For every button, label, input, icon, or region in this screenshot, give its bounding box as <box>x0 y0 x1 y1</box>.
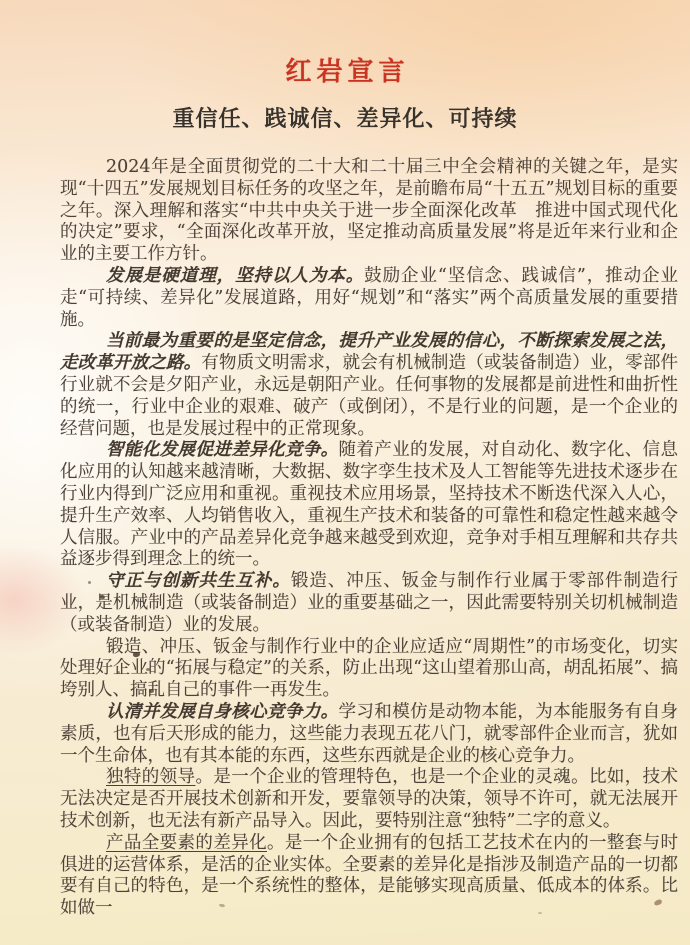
scan-speck <box>670 640 673 646</box>
paragraph-lead: 认清并发展自身核心竞争力。 <box>106 702 339 722</box>
paragraph-lead: 智能化发展促进差异化竞争。 <box>106 440 339 460</box>
paragraph-text: 2024年是全面贯彻党的二十大和二十届三中全会精神的关键之年，是实现“十四五”发… <box>60 157 678 264</box>
paragraph: 产品全要素的差异化。是一个企业拥有的包括工艺技术在内的一整套与时俱进的运营体系，… <box>60 833 678 920</box>
paragraph: 独特的领导。是一个企业的管理特色，也是一个企业的灵魂。比如，技术无法决定是否开展… <box>60 767 678 832</box>
scan-speck <box>135 706 138 708</box>
paragraph-lead: 发展是硬道理，坚持以人为本。 <box>106 266 364 286</box>
paragraph-lead: 产品全要素的差异化 <box>106 833 267 853</box>
scan-speck <box>117 671 120 674</box>
document-subtitle: 重信任、践诚信、差异化、可持续 <box>0 104 690 136</box>
scan-speck <box>146 668 150 671</box>
paragraph: 当前最为重要的是坚定信念，提升产业发展的信心，不断探索发展之法，走改革开放之路。… <box>60 331 678 440</box>
paragraph-lead: 守正与创新共生互补。 <box>106 571 291 591</box>
paragraph-lead: 独特的领导 <box>106 767 195 787</box>
scan-speck <box>538 912 542 914</box>
document-page: 红岩宣言 重信任、践诚信、差异化、可持续 2024年是全面贯彻党的二十大和二十届… <box>0 0 690 945</box>
paragraph: 2024年是全面贯彻党的二十大和二十届三中全会精神的关键之年，是实现“十四五”发… <box>60 157 678 266</box>
scan-speck <box>88 581 91 584</box>
paragraph: 智能化发展促进差异化竞争。随着产业的发展，对自动化、数字化、信息化应用的认知越来… <box>60 440 678 571</box>
document-title: 红岩宣言 <box>0 54 690 90</box>
document-body: 2024年是全面贯彻党的二十大和二十届三中全会精神的关键之年，是实现“十四五”发… <box>0 157 690 920</box>
paragraph: 发展是硬道理，坚持以人为本。鼓励企业“坚信念、践诚信”，推动企业走“可持续、差异… <box>60 266 678 331</box>
paragraph: 认清并发展自身核心竞争力。学习和模仿是动物本能，为本能服务有自身素质，也有后天形… <box>60 702 678 767</box>
scan-speck <box>149 689 154 693</box>
paragraph: 守正与创新共生互补。锻造、冲压、钣金与制作行业属于零部件制造行业，是机械制造（或… <box>60 571 678 636</box>
